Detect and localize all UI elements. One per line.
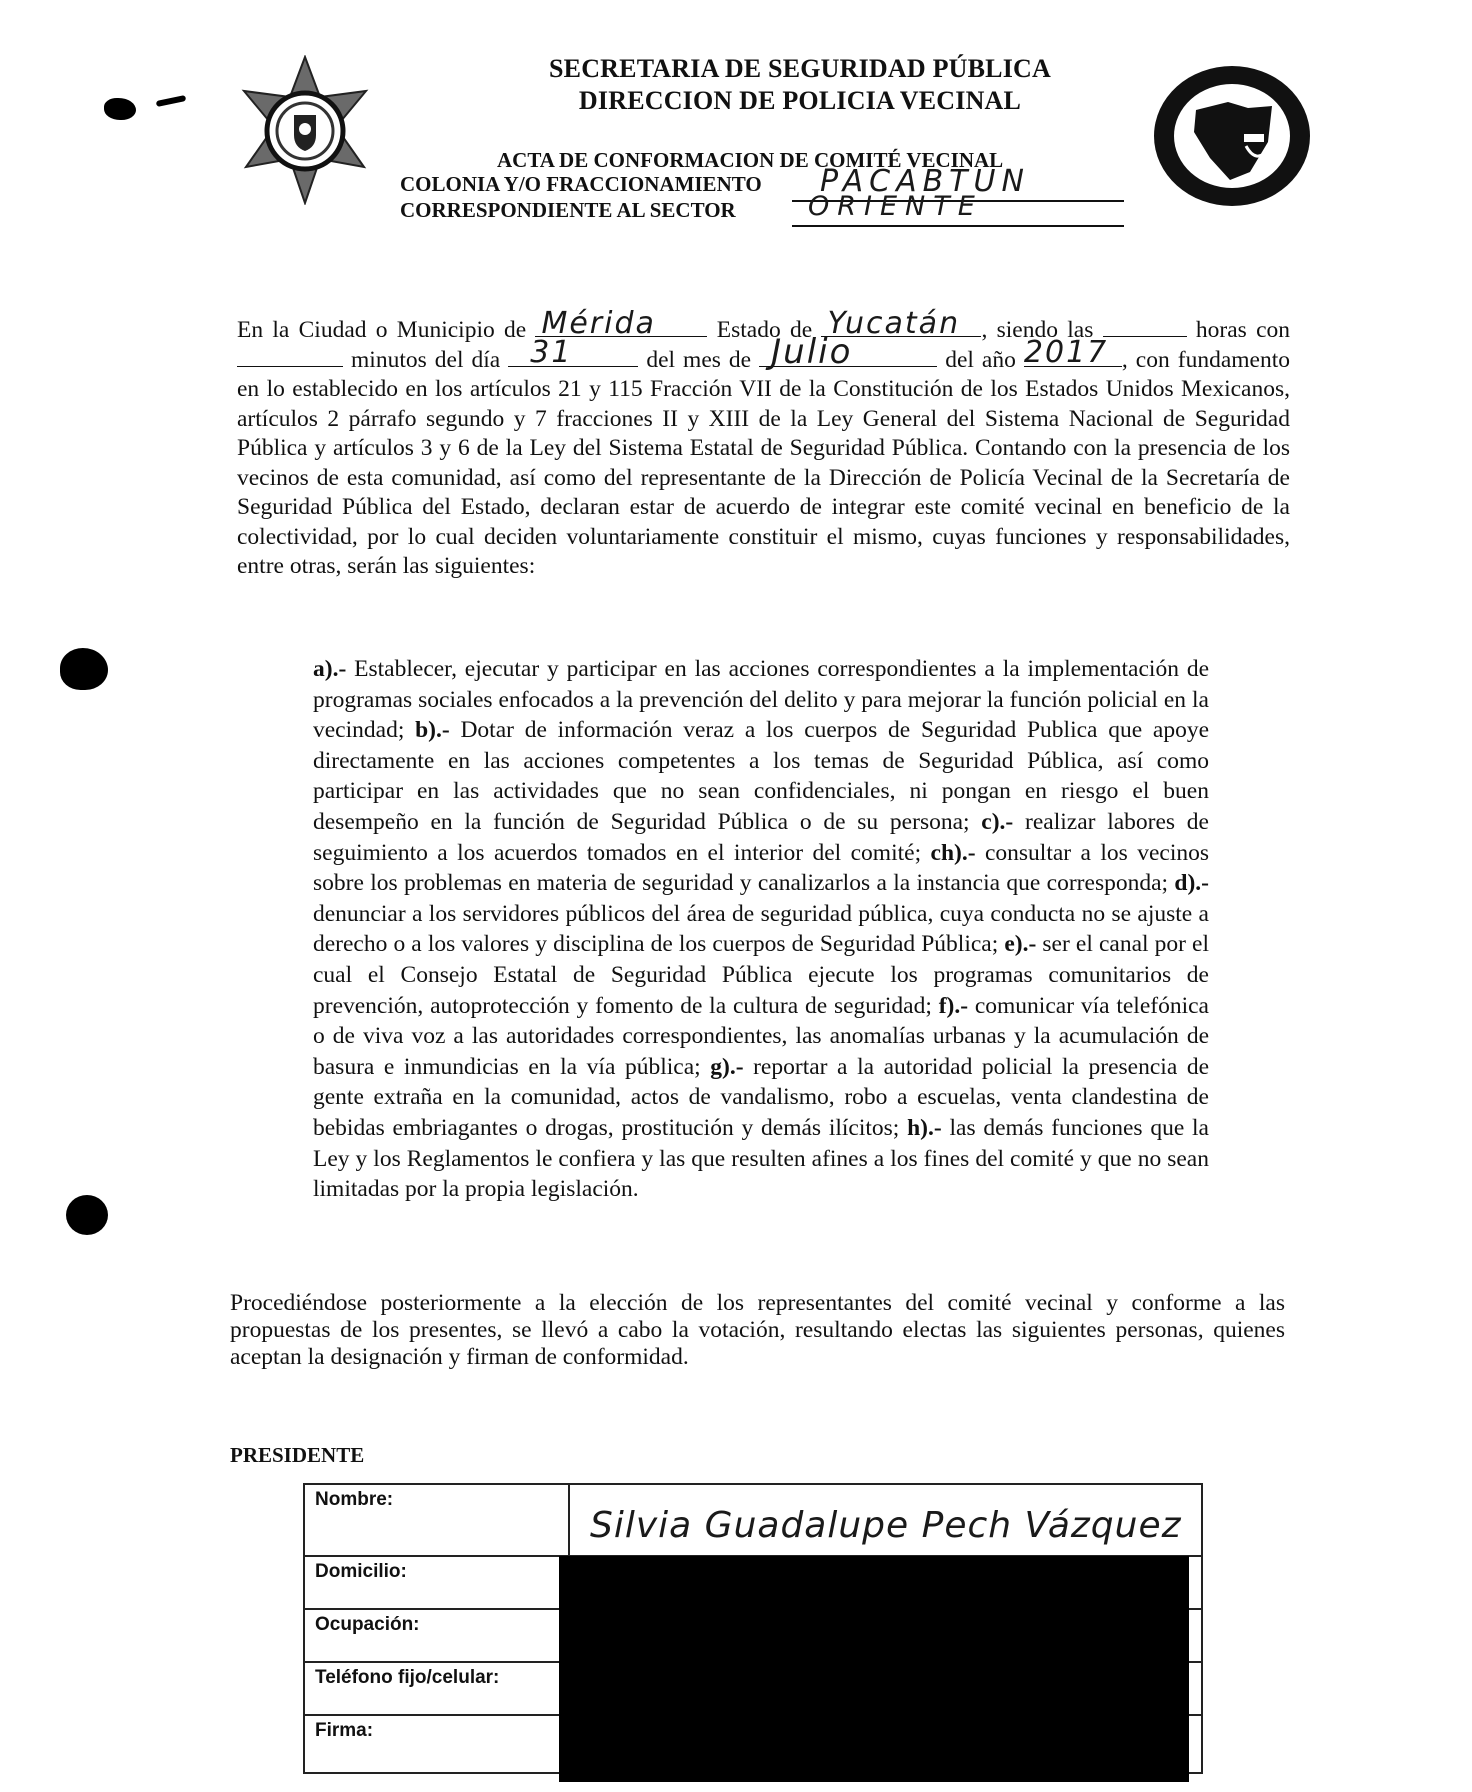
election-paragraph: Procediéndose posteriormente a la elecci… (230, 1290, 1285, 1371)
domicilio-label: Domicilio: (305, 1557, 570, 1608)
nombre-value: Silvia Guadalupe Pech Vázquez (590, 1505, 1182, 1546)
sector-value: ORIENTE (808, 191, 983, 222)
dia-value: 31 (530, 338, 572, 368)
header-title: SECRETARIA DE SEGURIDAD PÚBLICA (420, 54, 1180, 84)
intro-text: En la Ciudad o Municipio de (237, 317, 526, 343)
intro-text: minutos del día (351, 347, 500, 373)
ocupacion-label: Ocupación: (305, 1610, 570, 1661)
sector-label: CORRESPONDIENTE AL SECTOR (400, 198, 736, 223)
municipio-field: Mérida (535, 316, 707, 337)
intro-text: del año (945, 347, 1016, 373)
intro-text: del mes de (646, 347, 751, 373)
punch-hole (60, 648, 108, 690)
anio-value: 2017 (1024, 338, 1108, 368)
functions-list: a).- Establecer, ejecutar y participar e… (313, 654, 1209, 1205)
mes-value: Julio (771, 338, 852, 368)
colonia-label: COLONIA Y/O FRACCIONAMIENTO (400, 172, 762, 197)
nombre-field[interactable]: Silvia Guadalupe Pech Vázquez (570, 1485, 1201, 1555)
minutos-field (237, 346, 343, 367)
telefono-label: Teléfono fijo/celular: (305, 1663, 570, 1714)
punch-hole (66, 1195, 108, 1235)
scan-mark (156, 95, 187, 107)
table-row-nombre: Nombre: Silvia Guadalupe Pech Vázquez (305, 1485, 1201, 1557)
header-subtitle: DIRECCION DE POLICIA VECINAL (420, 86, 1180, 116)
intro-paragraph: En la Ciudad o Municipio de Mérida Estad… (237, 316, 1290, 582)
scan-mark (104, 98, 136, 120)
redaction-box (559, 1556, 1189, 1782)
dia-field: 31 (508, 346, 638, 367)
nombre-label: Nombre: (305, 1485, 570, 1555)
police-badge-logo (236, 55, 374, 205)
municipio-value: Mérida (541, 309, 655, 339)
anio-field: 2017 (1024, 346, 1122, 367)
consejo-seal-logo (1150, 62, 1315, 212)
president-heading: PRESIDENTE (230, 1443, 364, 1468)
firma-label: Firma: (305, 1716, 570, 1772)
intro-text: , con fundamento en lo establecido en lo… (237, 347, 1290, 580)
mes-field: Julio (759, 346, 937, 367)
sector-field: ORIENTE (792, 199, 1124, 227)
horas-field (1103, 316, 1187, 337)
intro-text: horas con (1196, 317, 1290, 343)
